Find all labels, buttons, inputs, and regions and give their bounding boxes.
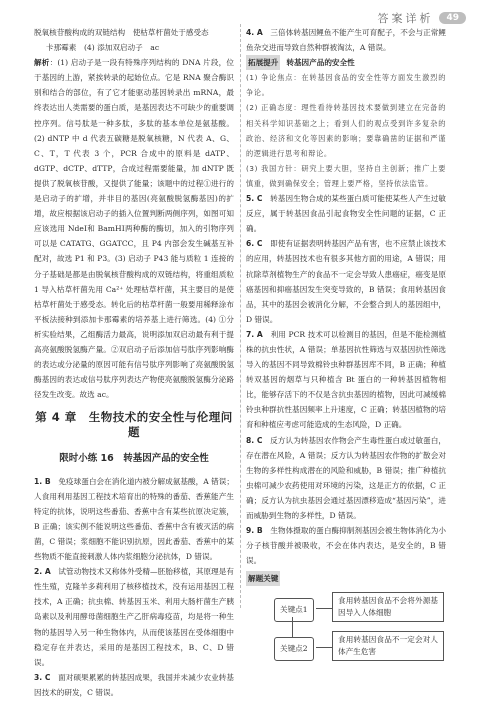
key-point-box: 关键点2 [274,637,314,660]
answer-text: 利用 PCR 技术可以检测目的基因，但是不能检测植株的抗虫性状，A 错误；单基因… [246,330,446,430]
answer-number: 1. B [34,477,51,486]
key-section-heading: 解题关键 [246,571,446,586]
page-number-badge: 49 [439,12,466,24]
answer-number: 5. C [246,194,262,203]
answer-text: 转基因生物合成的某些蛋白质可能使某些人产生过敏反应，属于转基因食品引起食物安全性… [246,194,446,233]
answer-item: 3. C 面对硕果累累的转基因成果，我国并未减少农业转基因技术的研发，C 错误。 [34,670,234,700]
answer-item: 2. A 试管动物技术又称体外受精—胚胎移植，其原理是有性生殖，克隆羊多莉利用了… [34,564,234,670]
continued-answer-line: 卡那霉素 (4) 添加双启动子 ac [34,40,234,55]
extension-label: 拓展提升 [246,55,280,70]
extension-item: (2) 正确态度：理性看待转基因技术要做到建立在完备的相关科学知识基础之上；看到… [246,100,446,160]
connector-line [292,617,293,637]
header-title: 答案详析 [377,10,433,26]
answer-item: 1. B 免疫球蛋白会在消化道内被分解成氨基酸，A 错误；人食用利用基因工程技术… [34,474,234,565]
extension-item: (3) 我国方针：研究上要大胆，坚持自主创新；推广上要慎重，做到确保安全；管理上… [246,161,446,191]
left-column: 脱氧核苷酸构成的双链结构 使枯草杆菌处于感受态 卡那霉素 (4) 添加双启动子 … [34,25,234,700]
answer-text: 面对硕果累累的转基因成果，我国并未减少农业转基因技术的研发，C 错误。 [34,673,234,697]
answer-number: 9. B [246,526,263,535]
answer-item: 6. C 即使有证据表明转基因产品有害，也不应禁止该技术的应用，转基因技术也有很… [246,236,446,327]
page-header: 答案详析 49 [377,10,466,26]
connector-line [316,608,332,609]
right-column: 4. A 三倍体转基因鲤鱼不能产生可育配子，不会与正常鲤鱼杂交进而导致自然种群被… [246,25,446,672]
continued-answer-line: 脱氧核苷酸构成的双链结构 使枯草杆菌处于感受态 [34,25,234,40]
answer-item: 8. C 反方认为转基因农作物会产生毒性蛋白或过敏蛋白，存在潜在风险，A 错误；… [246,433,446,524]
connector-line [316,647,332,648]
answer-item: 9. B 生物体摄取的蛋白酶抑制剂基因会被生物体消化为小分子核苷酸并被吸收，不会… [246,523,446,568]
analysis-text: ：(1) 启动子是一段有特殊序列结构的 DNA 片段，位于基因的上游，紧挨转录的… [34,58,234,399]
extension-item: (1) 争论焦点：在转基因食品的安全性等方面发生激烈的争论。 [246,70,446,100]
answer-text: 试管动物技术又称体外受精—胚胎移植，其原理是有性生殖，克隆羊多莉利用了核移植技术… [34,567,234,667]
answer-number: 8. C [246,436,262,445]
answer-text: 即使有证据表明转基因产品有害，也不应禁止该技术的应用，转基因技术也有很多其他方面… [246,239,446,323]
key-section-label: 解题关键 [246,571,280,586]
answer-number: 6. C [246,239,262,248]
column-divider [240,24,241,608]
extension-title: 转基因产品的安全性 [286,58,354,67]
answer-item: 7. A 利用 PCR 技术可以检测目的基因，但是不能检测植株的抗虫性状，A 错… [246,327,446,433]
answer-text: 生物体摄取的蛋白酶抑制剂基因会被生物体消化为小分子核苷酸并被吸收，不会在体内表达… [246,526,446,565]
key-point-box: 关键点1 [274,598,314,621]
analysis-paragraph: 解析：(1) 启动子是一段有特殊序列结构的 DNA 片段，位于基因的上游，紧挨转… [34,55,234,402]
answer-number: 2. A [34,567,51,576]
answer-text: 免疫球蛋白会在消化道内被分解成氨基酸，A 错误；人食用利用基因工程技术培育出的特… [34,477,234,561]
chapter-title: 第 4 章 生物技术的安全性与伦理问题 [34,410,234,440]
answer-item: 4. A 三倍体转基因鲤鱼不能产生可育配子，不会与正常鲤鱼杂交进而导致自然种群被… [246,25,446,55]
answer-number: 3. C [34,673,50,682]
analysis-label: 解析 [34,58,50,67]
answer-text: 三倍体转基因鲤鱼不能产生可育配子，不会与正常鲤鱼杂交进而导致自然种群被淘汰，A … [246,28,446,52]
answer-item: 5. C 转基因生物合成的某些蛋白质可能使某些人产生过敏反应，属于转基因食品引起… [246,191,446,236]
answer-number: 7. A [246,330,263,339]
answer-text: 反方认为转基因农作物会产生毒性蛋白或过敏蛋白，存在潜在风险，A 错误；反方认为转… [246,436,446,520]
section-title: 限时小练 16 转基因产品的安全性 [34,451,234,466]
key-points-diagram: 关键点1 食用转基因食品不会将外源基因导入人体细胞 关键点2 食用转基因食品不一… [246,592,446,672]
extension-heading: 拓展提升转基因产品的安全性 [246,55,446,70]
key-point-content: 食用转基因食品不会将外源基因导入人体细胞 [332,592,444,622]
answer-number: 4. A [246,28,263,37]
key-point-content: 食用转基因食品不一定会对人体产生危害 [332,631,444,661]
